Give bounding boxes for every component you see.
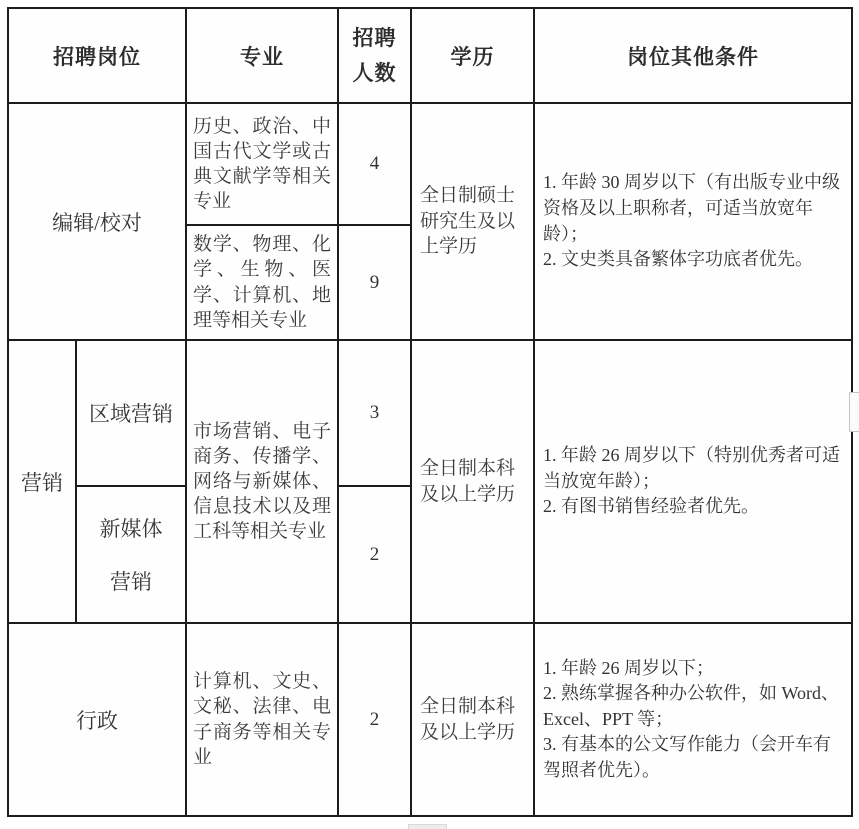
position-admin: 行政 bbox=[8, 623, 186, 816]
conditions-marketing: 1. 年龄 26 周岁以下（特别优秀者可适当放宽年龄）； 2. 有图书销售经验者… bbox=[534, 340, 852, 623]
education-marketing: 全日制本科及以上学历 bbox=[411, 340, 534, 623]
major-editing-humanities: 历史、政治、中国古代文学或古典文献学等相关专业 bbox=[186, 103, 338, 225]
condition-line: 1. 年龄 26 周岁以下（特别优秀者可适当放宽年龄）； bbox=[543, 443, 843, 494]
sub-position-new-media-line2: 营销 bbox=[78, 566, 184, 596]
count-editing-sciences: 9 bbox=[338, 225, 411, 340]
position-marketing: 营销 bbox=[8, 340, 76, 623]
condition-line: 1. 年龄 26 周岁以下； bbox=[543, 656, 843, 682]
count-regional: 3 bbox=[338, 340, 411, 486]
conditions-editing: 1. 年龄 30 周岁以下（有出版专业中级资格及以上职称者，可适当放宽年龄）； … bbox=[534, 103, 852, 340]
position-editing: 编辑/校对 bbox=[8, 103, 186, 340]
header-count-line1: 招聘 bbox=[340, 21, 409, 56]
education-admin: 全日制本科及以上学历 bbox=[411, 623, 534, 816]
header-education: 学历 bbox=[411, 8, 534, 103]
row-admin: 行政 计算机、文史、文秘、法律、电子商务等相关专业 2 全日制本科及以上学历 1… bbox=[8, 623, 852, 816]
header-other: 岗位其他条件 bbox=[534, 8, 852, 103]
sub-position-new-media-line1: 新媒体 bbox=[78, 513, 184, 543]
recruitment-table: 招聘岗位 专业 招聘 人数 学历 岗位其他条件 编辑/校对 历史、政治、中国古代… bbox=[7, 7, 853, 817]
sub-position-regional: 区域营销 bbox=[76, 340, 186, 486]
conditions-admin: 1. 年龄 26 周岁以下； 2. 熟练掌握各种办公软件，如 Word、Exce… bbox=[534, 623, 852, 816]
major-admin: 计算机、文史、文秘、法律、电子商务等相关专业 bbox=[186, 623, 338, 816]
education-editing: 全日制硕士研究生及以上学历 bbox=[411, 103, 534, 340]
condition-line: 3. 有基本的公文写作能力（会开车有驾照者优先）。 bbox=[543, 732, 843, 783]
header-count-line2: 人数 bbox=[340, 56, 409, 91]
header-row: 招聘岗位 专业 招聘 人数 学历 岗位其他条件 bbox=[8, 8, 852, 103]
count-new-media: 2 bbox=[338, 486, 411, 623]
header-major: 专业 bbox=[186, 8, 338, 103]
condition-line: 2. 熟练掌握各种办公软件，如 Word、Excel、PPT 等； bbox=[543, 681, 843, 732]
header-count: 招聘 人数 bbox=[338, 8, 411, 103]
condition-line: 1. 年龄 30 周岁以下（有出版专业中级资格及以上职称者，可适当放宽年龄）； bbox=[543, 170, 843, 247]
condition-line: 2. 有图书销售经验者优先。 bbox=[543, 494, 843, 520]
vertical-scrollbar-thumb[interactable] bbox=[849, 392, 859, 432]
count-editing-humanities: 4 bbox=[338, 103, 411, 225]
row-marketing-1: 营销 区域营销 市场营销、电子商务、传播学、网络与新媒体、信息技术以及理工科等相… bbox=[8, 340, 852, 486]
condition-line: 2. 文史类具备繁体字功底者优先。 bbox=[543, 247, 843, 273]
horizontal-scrollbar-thumb[interactable] bbox=[408, 824, 447, 829]
major-marketing: 市场营销、电子商务、传播学、网络与新媒体、信息技术以及理工科等相关专业 bbox=[186, 340, 338, 623]
sub-position-new-media: 新媒体 营销 bbox=[76, 486, 186, 623]
header-position: 招聘岗位 bbox=[8, 8, 186, 103]
major-editing-sciences: 数学、物理、化学、生物、医学、计算机、地理等相关专业 bbox=[186, 225, 338, 340]
row-editing-1: 编辑/校对 历史、政治、中国古代文学或古典文献学等相关专业 4 全日制硕士研究生… bbox=[8, 103, 852, 225]
count-admin: 2 bbox=[338, 623, 411, 816]
